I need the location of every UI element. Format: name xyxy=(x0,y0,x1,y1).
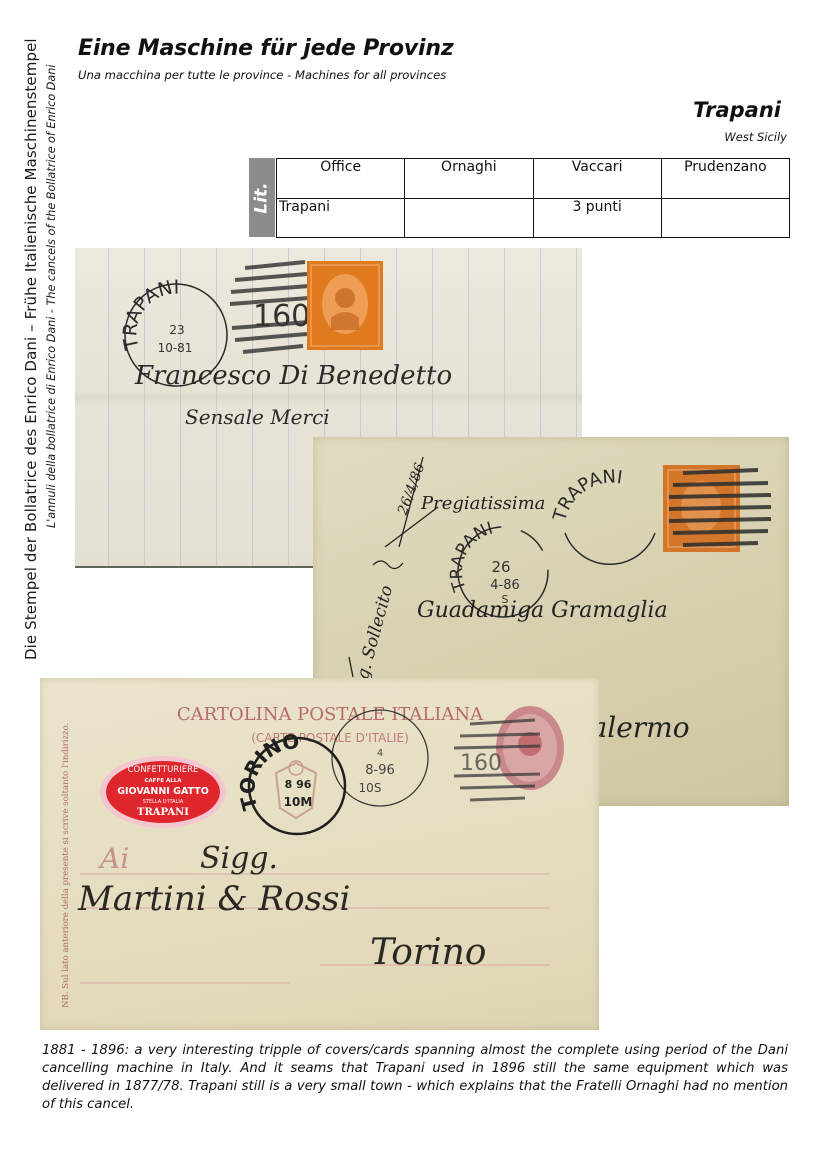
svg-text:Ai: Ai xyxy=(97,842,129,875)
page-subtitle: Una macchina per tutte le province - Mac… xyxy=(78,68,446,82)
literature-label: Lit. xyxy=(249,158,275,237)
caption: 1881 - 1896: a very interesting tripple … xyxy=(42,1042,788,1114)
svg-text:10-81: 10-81 xyxy=(158,341,193,355)
svg-text:Sigg.: Sigg. xyxy=(200,841,278,876)
svg-text:Sensale Merci: Sensale Merci xyxy=(185,405,330,429)
svg-text:Pregiatissima: Pregiatissima xyxy=(420,493,545,514)
cell-ornaghi xyxy=(405,198,533,238)
header-vaccari: Vaccari xyxy=(533,159,661,199)
svg-text:10S: 10S xyxy=(359,781,382,795)
svg-text:8 96: 8 96 xyxy=(285,778,312,791)
table-header-row: Office Ornaghi Vaccari Prudenzano xyxy=(277,159,790,199)
place-name: Trapani xyxy=(693,98,781,122)
svg-text:Torino: Torino xyxy=(370,932,486,973)
svg-text:STELLA D'ITALIA: STELLA D'ITALIA xyxy=(143,799,184,805)
cell-office: Trapani xyxy=(277,198,405,238)
svg-text:TRAPANI: TRAPANI xyxy=(137,807,189,818)
svg-text:4-86: 4-86 xyxy=(490,578,520,593)
cell-prudenzano xyxy=(661,198,789,238)
header-ornaghi: Ornaghi xyxy=(405,159,533,199)
header-office: Office xyxy=(277,159,405,199)
svg-text:CAFFE ALLA: CAFFE ALLA xyxy=(144,778,182,784)
svg-text:160: 160 xyxy=(253,299,310,334)
cell-vaccari: 3 punti xyxy=(533,198,661,238)
svg-text:GIOVANNI GATTO: GIOVANNI GATTO xyxy=(117,786,209,797)
header-prudenzano: Prudenzano xyxy=(661,159,789,199)
svg-text:Guadamiga Gramaglia: Guadamiga Gramaglia xyxy=(417,598,668,623)
giovanni-gatto-label: CONFETTURIERE CAFFE ALLA GIOVANNI GATTO … xyxy=(100,756,226,828)
svg-text:4: 4 xyxy=(377,748,383,759)
literature-table: Office Ornaghi Vaccari Prudenzano Trapan… xyxy=(276,158,790,238)
postcard-1896-artwork: CARTOLINA POSTALE ITALIANA (CARTE POSTAL… xyxy=(40,678,599,1030)
side-title: Die Stempel der Bollatrice des Enrico Da… xyxy=(22,38,40,660)
svg-text:10M: 10M xyxy=(284,795,313,809)
region-name: West Sicily xyxy=(724,130,787,144)
page-title: Eine Maschine für jede Provinz xyxy=(78,36,453,61)
svg-text:Martini & Rossi: Martini & Rossi xyxy=(77,879,350,919)
orange-stamp xyxy=(307,261,383,350)
svg-text:160: 160 xyxy=(460,751,502,776)
side-subtitle: L'annuli della bollatrice di Enrico Dani… xyxy=(45,65,58,528)
trapani-postmark-undated: TRAPANI xyxy=(549,466,655,564)
svg-text:Francesco Di Benedetto: Francesco Di Benedetto xyxy=(134,361,452,391)
table-row: Trapani 3 punti xyxy=(277,198,790,238)
postcard-1896-image: CARTOLINA POSTALE ITALIANA (CARTE POSTAL… xyxy=(40,678,599,1030)
svg-text:TRAPANI: TRAPANI xyxy=(447,519,495,595)
svg-text:8-96: 8-96 xyxy=(365,763,395,778)
svg-text:CARTOLINA POSTALE ITALIANA: CARTOLINA POSTALE ITALIANA xyxy=(177,704,484,725)
svg-text:TRAPANI: TRAPANI xyxy=(549,466,624,524)
svg-text:23: 23 xyxy=(169,323,184,337)
svg-text:26: 26 xyxy=(491,558,510,576)
svg-text:CONFETTURIERE: CONFETTURIERE xyxy=(128,765,199,775)
svg-text:NB. Sul lato anteriore della p: NB. Sul lato anteriore della presente si… xyxy=(61,723,71,1008)
